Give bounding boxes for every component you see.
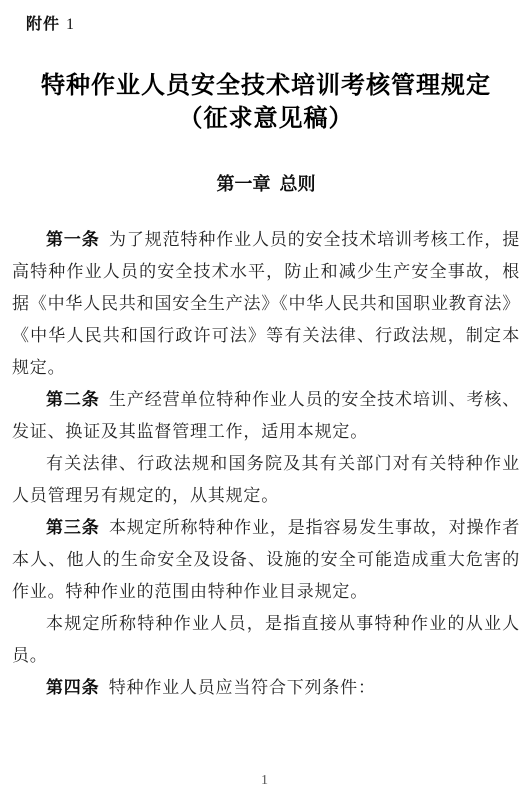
document-title-line1: 特种作业人员安全技术培训考核管理规定 [41, 73, 491, 99]
paragraph: 第二条生产经营单位特种作业人员的安全技术培训、考核、发证、换证及其监督管理工作，… [12, 384, 520, 448]
paragraph-text: 特种作业人员应当符合下列条件： [109, 678, 376, 697]
paragraph-text: 有关法律、行政法规和国务院及其有关部门对有关特种作业人员管理另有规定的，从其规定… [12, 454, 520, 505]
paragraph-text: 本规定所称特种作业人员，是指直接从事特种作业的从业人员。 [12, 614, 520, 665]
document-page: 附件1 特种作业人员安全技术培训考核管理规定 （征求意见稿） 第一章总则 第一条… [0, 0, 529, 798]
document-title: 特种作业人员安全技术培训考核管理规定 （征求意见稿） [12, 70, 520, 136]
article-number: 第二条 [46, 390, 100, 409]
paragraph: 第四条特种作业人员应当符合下列条件： [12, 672, 520, 704]
attachment-number: 1 [66, 16, 74, 33]
paragraph-text: 为了规范特种作业人员的安全技术培训考核工作，提高特种作业人员的安全技术水平，防止… [12, 230, 520, 377]
chapter-number: 第一章 [217, 174, 271, 194]
page-number: 1 [0, 774, 529, 788]
document-title-line2: （征求意见稿） [179, 106, 354, 132]
attachment-label: 附件1 [12, 14, 520, 36]
document-body: 第一条为了规范特种作业人员的安全技术培训考核工作，提高特种作业人员的安全技术水平… [12, 224, 520, 704]
article-number: 第三条 [46, 518, 100, 537]
attachment-label-text: 附件 [26, 16, 60, 33]
chapter-name: 总则 [280, 174, 316, 194]
paragraph: 第三条本规定所称特种作业，是指容易发生事故，对操作者本人、他人的生命安全及设备、… [12, 512, 520, 608]
paragraph: 第一条为了规范特种作业人员的安全技术培训考核工作，提高特种作业人员的安全技术水平… [12, 224, 520, 384]
paragraph: 有关法律、行政法规和国务院及其有关部门对有关特种作业人员管理另有规定的，从其规定… [12, 448, 520, 512]
paragraph: 本规定所称特种作业人员，是指直接从事特种作业的从业人员。 [12, 608, 520, 672]
article-number: 第四条 [46, 678, 99, 697]
article-number: 第一条 [46, 230, 100, 249]
chapter-heading: 第一章总则 [12, 172, 520, 197]
